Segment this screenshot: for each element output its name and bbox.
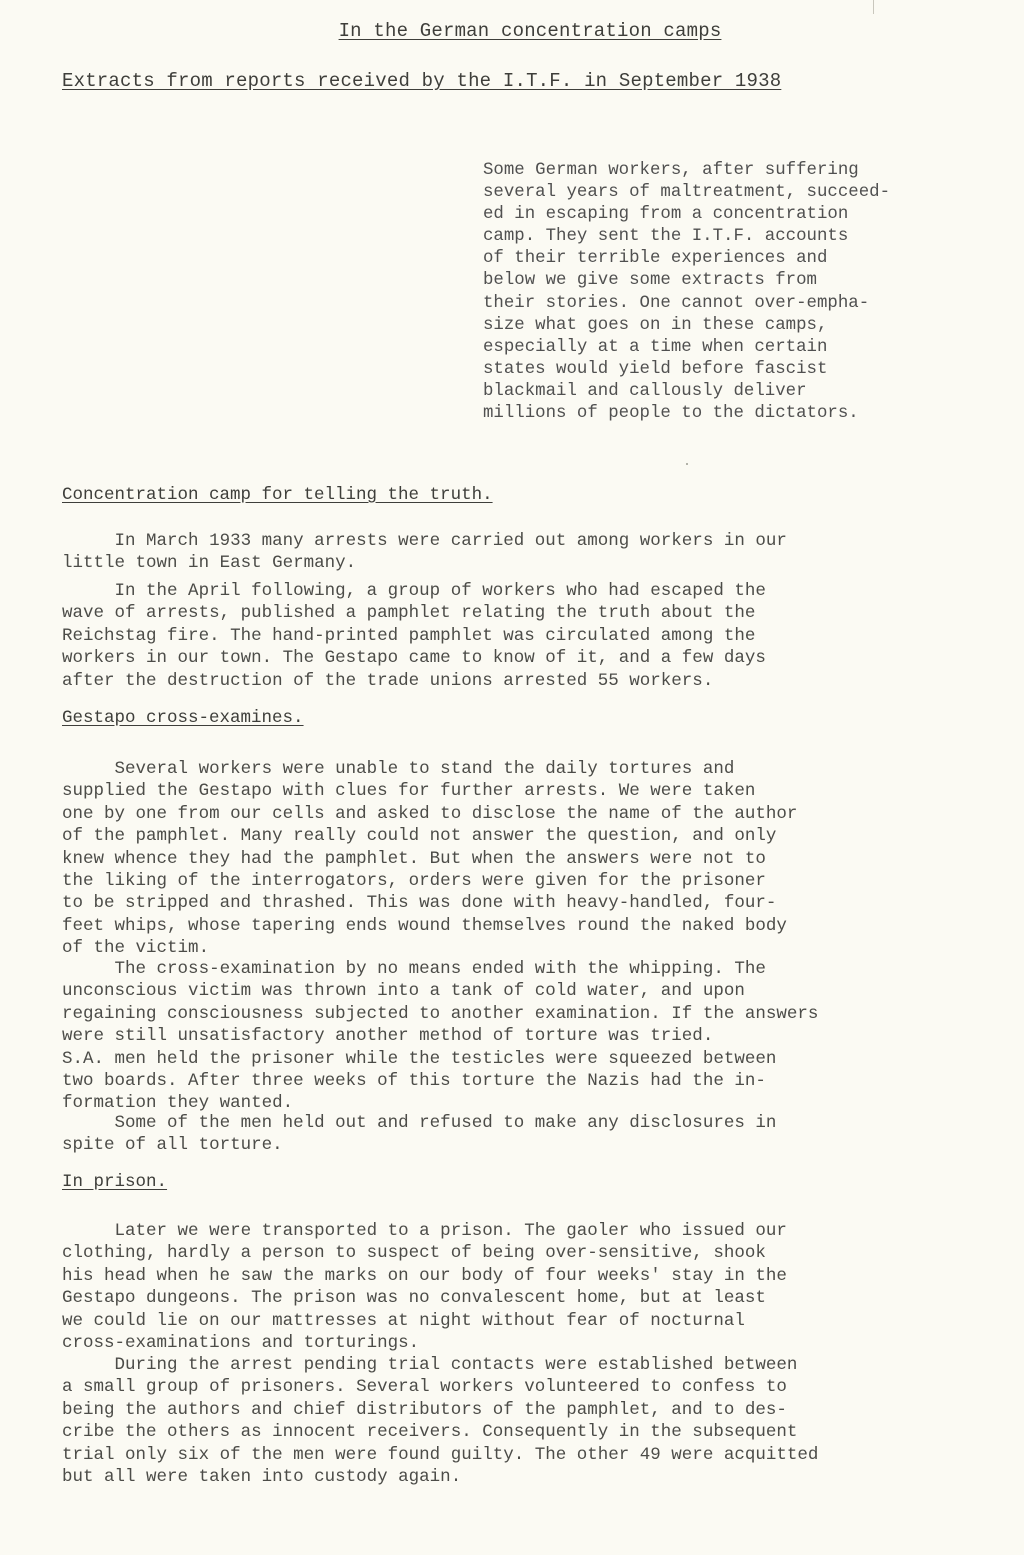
intro-line: of their terrible experiences and bbox=[483, 249, 827, 268]
paragraph: Later we were transported to a prison. T… bbox=[62, 1220, 977, 1354]
section-heading-gestapo: Gestapo cross-examines. bbox=[62, 708, 304, 728]
paragraph: In March 1933 many arrests were carried … bbox=[62, 530, 977, 575]
text-line: his head when he saw the marks on our bo… bbox=[62, 1266, 787, 1286]
text-line: trial only six of the men were found gui… bbox=[62, 1445, 818, 1465]
intro-block: Some German workers, after suffering sev… bbox=[483, 160, 983, 425]
text-line: after the destruction of the trade union… bbox=[62, 671, 713, 691]
text-line: formation they wanted. bbox=[62, 1093, 293, 1113]
text-line: being the authors and chief distributors… bbox=[62, 1400, 787, 1420]
text-line: In the April following, a group of worke… bbox=[62, 581, 766, 601]
paragraph: During the arrest pending trial contacts… bbox=[62, 1354, 977, 1488]
paragraph: The cross-examination by no means ended … bbox=[62, 958, 977, 1115]
intro-line: Some German workers, after suffering bbox=[483, 161, 859, 180]
text-line: the liking of the interrogators, orders … bbox=[62, 871, 766, 891]
text-line: we could lie on our mattresses at night … bbox=[62, 1311, 745, 1331]
text-line: S.A. men held the prisoner while the tes… bbox=[62, 1049, 776, 1069]
paragraph: Some of the men held out and refused to … bbox=[62, 1112, 977, 1157]
text-line: Reichstag fire. The hand-printed pamphle… bbox=[62, 626, 755, 646]
intro-line: especially at a time when certain bbox=[483, 338, 827, 357]
text-line: little town in East Germany. bbox=[62, 553, 356, 573]
text-line: were still unsatisfactory another method… bbox=[62, 1026, 713, 1046]
text-line: During the arrest pending trial contacts… bbox=[62, 1355, 797, 1375]
text-line: one by one from our cells and asked to d… bbox=[62, 804, 797, 824]
paragraph: Several workers were unable to stand the… bbox=[62, 758, 977, 960]
text-line: to be stripped and thrashed. This was do… bbox=[62, 893, 776, 913]
intro-line: size what goes on in these camps, bbox=[483, 316, 827, 335]
text-line: Gestapo dungeons. The prison was no conv… bbox=[62, 1288, 766, 1308]
text-line: regaining consciousness subjected to ano… bbox=[62, 1004, 818, 1024]
text-line: feet whips, whose tapering ends wound th… bbox=[62, 916, 787, 936]
text-line: but all were taken into custody again. bbox=[62, 1467, 461, 1487]
intro-line: blackmail and callously deliver bbox=[483, 382, 807, 401]
paper-speck bbox=[686, 463, 688, 465]
text-line: Several workers were unable to stand the… bbox=[62, 759, 734, 779]
intro-line: below we give some extracts from bbox=[483, 271, 817, 290]
text-line: cross-examinations and torturings. bbox=[62, 1333, 419, 1353]
section-heading-truth: Concentration camp for telling the truth… bbox=[62, 485, 493, 505]
text-line: Later we were transported to a prison. T… bbox=[62, 1221, 787, 1241]
text-line: wave of arrests, published a pamphlet re… bbox=[62, 603, 755, 623]
intro-line: millions of people to the dictators. bbox=[483, 404, 859, 423]
intro-line: states would yield before fascist bbox=[483, 360, 827, 379]
text-line: spite of all torture. bbox=[62, 1135, 283, 1155]
text-line: workers in our town. The Gestapo came to… bbox=[62, 648, 766, 668]
text-line: supplied the Gestapo with clues for furt… bbox=[62, 781, 755, 801]
intro-line: camp. They sent the I.T.F. accounts bbox=[483, 227, 848, 246]
text-line: two boards. After three weeks of this to… bbox=[62, 1071, 766, 1091]
paper-edge-mark bbox=[873, 0, 874, 14]
text-line: clothing, hardly a person to suspect of … bbox=[62, 1243, 766, 1263]
text-line: cribe the others as innocent receivers. … bbox=[62, 1422, 797, 1442]
text-line: The cross-examination by no means ended … bbox=[62, 959, 766, 979]
text-line: of the pamphlet. Many really could not a… bbox=[62, 826, 776, 846]
text-line: a small group of prisoners. Several work… bbox=[62, 1377, 787, 1397]
text-line: of the victim. bbox=[62, 938, 209, 958]
intro-line: several years of maltreatment, succeed- bbox=[483, 183, 890, 202]
document-subtitle: Extracts from reports received by the I.… bbox=[62, 70, 781, 92]
paragraph: In the April following, a group of worke… bbox=[62, 580, 977, 692]
text-line: In March 1933 many arrests were carried … bbox=[62, 531, 787, 551]
text-line: unconscious victim was thrown into a tan… bbox=[62, 981, 745, 1001]
text-line: Some of the men held out and refused to … bbox=[62, 1113, 776, 1133]
section-heading-prison: In prison. bbox=[62, 1172, 167, 1192]
typewritten-page: In the German concentration camps Extrac… bbox=[0, 0, 1024, 1555]
intro-line: ed in escaping from a concentration bbox=[483, 205, 848, 224]
text-line: knew whence they had the pamphlet. But w… bbox=[62, 849, 766, 869]
document-title: In the German concentration camps bbox=[0, 20, 1024, 42]
intro-line: their stories. One cannot over-empha- bbox=[483, 294, 869, 313]
